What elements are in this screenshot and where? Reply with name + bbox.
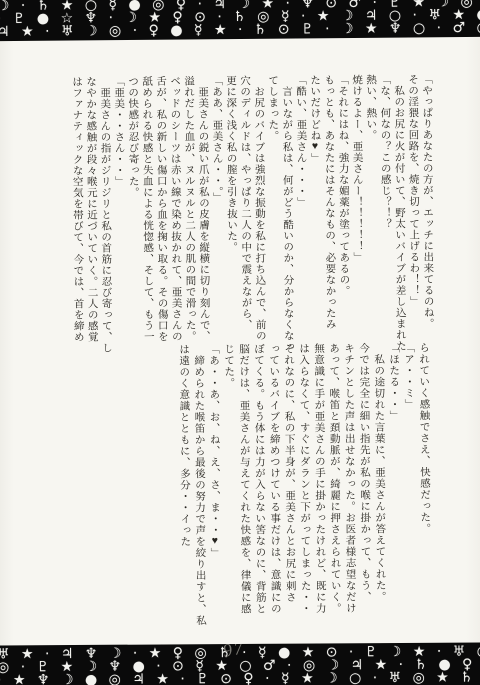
story-text-lower-block: られていく感触でさえ、快感だった。 「ア・・ミ」 「ほたる・・」 私の途切れた言…: [176, 342, 433, 626]
celestial-symbols-top: ☽ · ♄ ★ ○ ☿ ● ◎ ♀ · ♃ ☽ ★ · ♆ ⊙ ♂ · ♇ ★ …: [0, 0, 480, 39]
story-text-upper-block: 「やっぱりあなたの方が、エッチに出来てるのね。 その淫猥な回路を、焼き切って上げ…: [69, 74, 435, 354]
decorative-bottom-border: ♅ ★ · ♃ ♆ ☽ · ★ ♀ ◎ ♄ · ☿ ● ★ ⊙ · ♇ ☽ ★ …: [0, 642, 480, 685]
decorative-top-border: ☽ · ♄ ★ ○ ☿ ● ◎ ♀ · ♃ ☽ ★ · ♆ ⊙ ♂ · ♇ ★ …: [0, 0, 480, 41]
scanned-page: ☽ · ♄ ★ ○ ☿ ● ◎ ♀ · ♃ ☽ ★ · ♆ ⊙ ♂ · ♇ ★ …: [0, 0, 480, 685]
